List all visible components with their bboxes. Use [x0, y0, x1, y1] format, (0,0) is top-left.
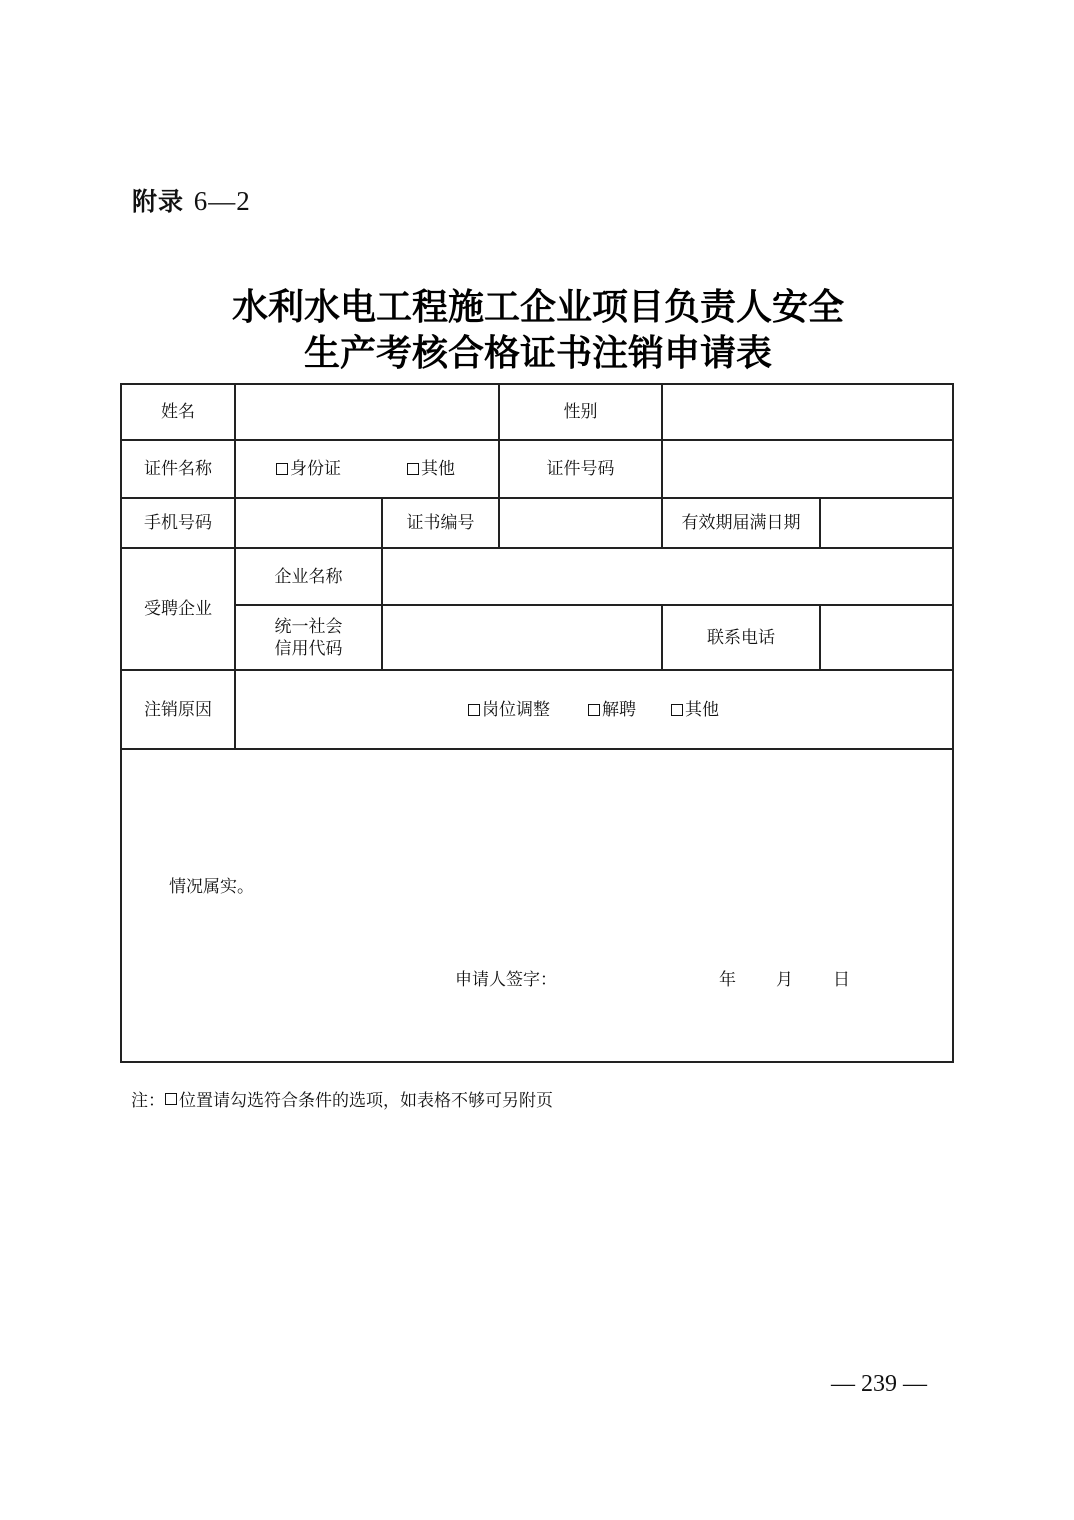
form-title-line1: 水利水电工程施工企业项目负责人安全: [1, 279, 1074, 330]
certificate-number-field[interactable]: [498, 497, 663, 549]
checkbox-icon[interactable]: [276, 463, 288, 475]
certificate-number-label: 证书编号: [381, 497, 500, 549]
year-label: 年: [719, 965, 736, 990]
appendix-text: 附录: [132, 187, 184, 216]
id-type-options: 身份证 其他: [234, 439, 500, 499]
checkbox-icon: [165, 1093, 177, 1105]
id-number-label: 证件号码: [498, 439, 663, 499]
contact-phone-label: 联系电话: [661, 604, 821, 671]
cancel-reason-option-other[interactable]: 其他: [671, 699, 719, 721]
gender-label: 性别: [498, 383, 663, 441]
name-label: 姓名: [120, 383, 236, 441]
cancel-reason-option-reassignment[interactable]: 岗位调整: [468, 699, 550, 721]
page-number: — 239 —: [831, 1371, 927, 1398]
footnote-text: 位置请勾选符合条件的选项，如表格不够可另附页: [179, 1086, 553, 1111]
option-label: 解聘: [602, 699, 636, 721]
credit-code-label: 统一社会 信用代码: [234, 604, 383, 671]
declaration-statement: 情况属实。: [169, 872, 254, 897]
employer-label: 受聘企业: [120, 547, 236, 671]
id-type-option-other[interactable]: 其他: [407, 458, 455, 480]
checkbox-icon[interactable]: [468, 704, 480, 716]
footnote-prefix: 注：: [131, 1086, 165, 1111]
id-type-label: 证件名称: [120, 439, 236, 499]
contact-phone-field[interactable]: [819, 604, 954, 671]
name-field[interactable]: [234, 383, 500, 441]
form-title-line2: 生产考核合格证书注销申请表: [1, 325, 1074, 376]
cancel-reason-label: 注销原因: [120, 669, 236, 750]
checkbox-icon[interactable]: [407, 463, 419, 475]
id-number-field[interactable]: [661, 439, 954, 499]
signature-field[interactable]: [564, 962, 704, 988]
phone-label: 手机号码: [120, 497, 236, 549]
footnote: 注： 位置请勾选符合条件的选项，如表格不够可另附页: [131, 1086, 553, 1111]
option-label: 其他: [421, 458, 455, 480]
credit-code-label-line1: 统一社会: [275, 616, 343, 638]
credit-code-label-line2: 信用代码: [275, 638, 343, 660]
checkbox-icon[interactable]: [588, 704, 600, 716]
option-label: 身份证: [290, 458, 341, 480]
cancel-reason-options: 岗位调整 解聘 其他: [234, 669, 954, 750]
credit-code-field[interactable]: [381, 604, 663, 671]
day-label: 日: [833, 965, 850, 990]
declaration-box: [120, 748, 954, 1063]
id-type-option-idcard[interactable]: 身份证: [276, 458, 341, 480]
option-label: 其他: [685, 699, 719, 721]
checkbox-icon[interactable]: [671, 704, 683, 716]
company-name-field[interactable]: [381, 547, 954, 606]
company-name-label: 企业名称: [234, 547, 383, 606]
gender-field[interactable]: [661, 383, 954, 441]
option-label: 岗位调整: [482, 699, 550, 721]
phone-field[interactable]: [234, 497, 383, 549]
expiry-date-label: 有效期届满日期: [661, 497, 821, 549]
appendix-number: 6—2: [194, 186, 251, 216]
month-label: 月: [776, 965, 793, 990]
expiry-date-field[interactable]: [819, 497, 954, 549]
cancel-reason-option-dismissal[interactable]: 解聘: [588, 699, 636, 721]
appendix-label: 附录 6—2: [132, 182, 251, 218]
signature-label: 申请人签字：: [455, 965, 557, 990]
